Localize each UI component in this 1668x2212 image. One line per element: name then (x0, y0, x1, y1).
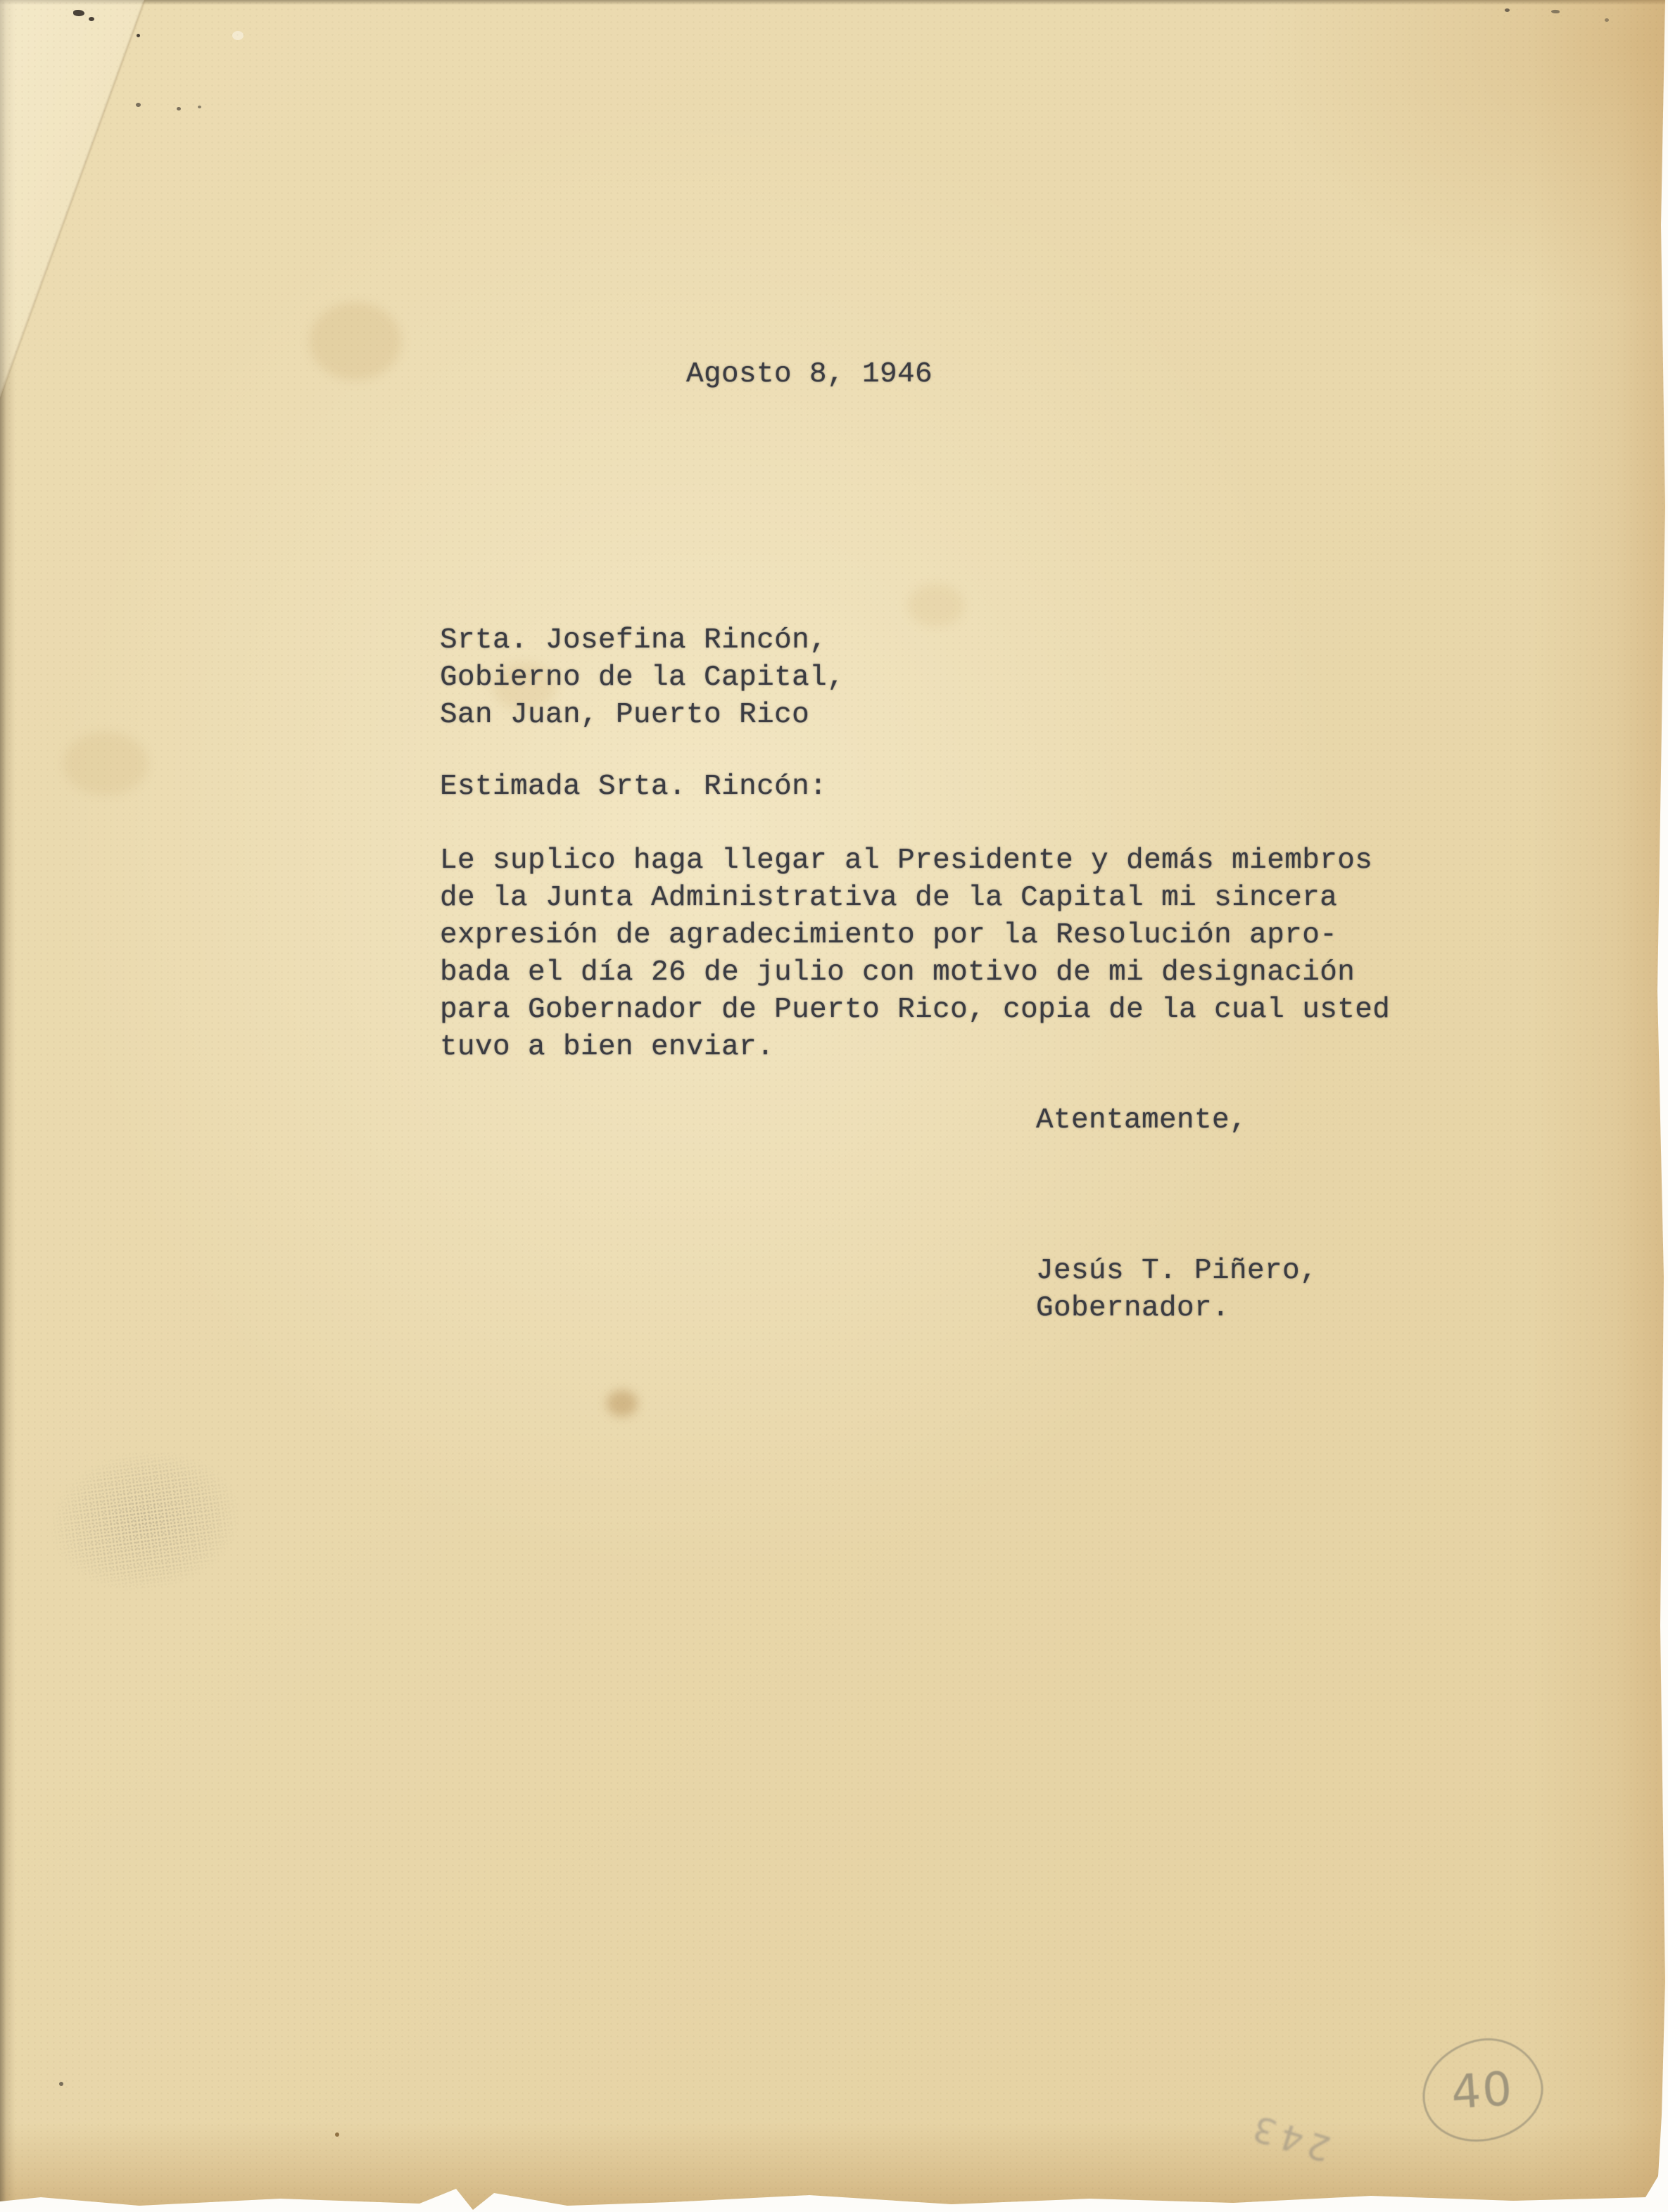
recipient-address: Srta. Josefina Rincón, Gobierno de la Ca… (440, 622, 845, 734)
ink-speck (335, 2132, 339, 2137)
stain (63, 732, 148, 795)
faint-number-annotation: 243 (1243, 2106, 1335, 2169)
graphite-smudge (25, 1420, 288, 1642)
ink-speck (1551, 10, 1560, 13)
ink-speck (1605, 18, 1609, 22)
stain (908, 584, 964, 626)
corner-fold-highlight (0, 0, 155, 408)
ink-speck (137, 34, 140, 37)
ink-speck (136, 103, 141, 107)
circled-number: 40 (1449, 2061, 1515, 2120)
ink-speck (1505, 8, 1510, 12)
ink-speck (89, 17, 94, 21)
salutation: Estimada Srta. Rincón: (440, 769, 827, 806)
stain (607, 1390, 638, 1417)
circled-number-annotation: 40 (1411, 2026, 1553, 2154)
date-line: Agosto 8, 1946 (686, 356, 933, 393)
scanned-letter-page: Agosto 8, 1946 Srta. Josefina Rincón, Go… (0, 0, 1668, 2212)
ink-speck (73, 10, 84, 16)
stain (310, 303, 401, 380)
ink-speck (177, 107, 181, 110)
ink-speck (198, 106, 201, 108)
paper-sheet: Agosto 8, 1946 Srta. Josefina Rincón, Go… (0, 0, 1665, 2210)
closing: Atentamente, (1036, 1102, 1247, 1139)
paper-fleck (232, 31, 244, 40)
paper-grain (0, 0, 1665, 2210)
ink-speck (59, 2082, 63, 2086)
letter-body: Le suplico haga llegar al Presidente y d… (440, 842, 1390, 1066)
signature-block: Jesús T. Piñero, Gobernador. (1036, 1253, 1318, 1327)
